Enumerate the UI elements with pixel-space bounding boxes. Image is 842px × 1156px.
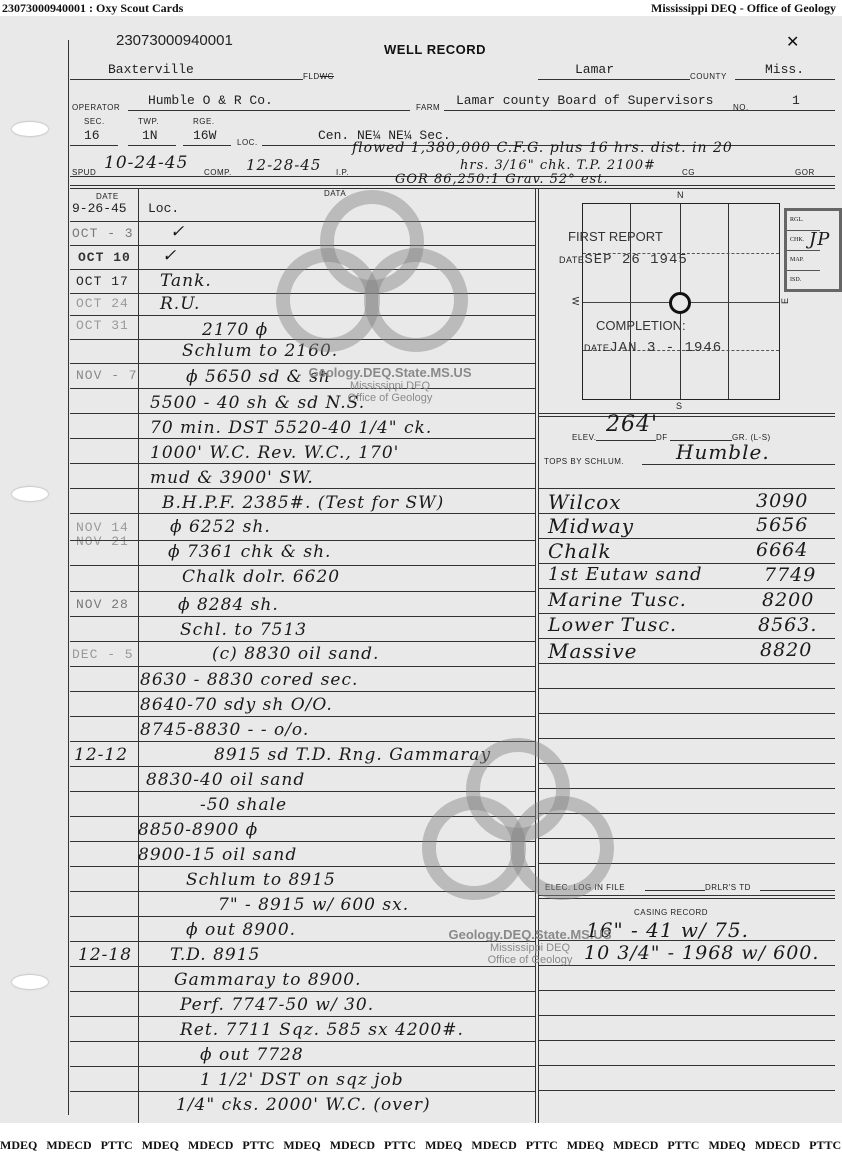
log-row: 8640-70 sdy sh O/O.	[70, 692, 535, 717]
completion-date-label: DATE	[584, 343, 609, 353]
rule	[538, 416, 835, 417]
log-row: 1/4" cks. 2000' W.C. (over)	[70, 1092, 535, 1117]
rule	[596, 440, 656, 441]
formation-depth: 6664	[756, 539, 808, 561]
rule	[538, 488, 835, 489]
rule	[70, 641, 535, 642]
log-entry: ϕ out 7728	[200, 1045, 304, 1065]
county-value: Lamar	[575, 62, 614, 77]
comp-date: 12-28-45	[246, 156, 321, 174]
formation-depth: 7749	[764, 564, 816, 586]
rule	[70, 766, 535, 767]
rule	[70, 666, 535, 667]
log-entry: 8745-8830 - - o/o.	[140, 720, 309, 740]
sec-value: 16	[84, 128, 100, 143]
rule	[70, 513, 535, 514]
log-entry: 1000' W.C. Rev. W.C., 170'	[150, 443, 399, 463]
log-date: 12-18	[78, 945, 132, 965]
punch-hole	[12, 122, 48, 136]
formation-name: Marine Tusc.	[548, 589, 687, 611]
log-row: 8745-8830 - - o/o.	[70, 717, 535, 742]
log-row: 1 1/2' DST on sqz job	[70, 1067, 535, 1092]
log-entry: mud & 3900' SW.	[150, 468, 314, 488]
punch-hole	[12, 487, 48, 501]
log-date: OCT - 3	[72, 226, 134, 241]
rule	[538, 588, 835, 589]
field-label: FLDWC	[303, 72, 334, 81]
formation-top-row: Wilcox 3090	[548, 490, 833, 514]
farm-value: Lamar county Board of Supervisors	[456, 93, 713, 108]
margin-rule	[68, 40, 69, 1115]
rule	[183, 145, 231, 146]
form-title: WELL RECORD	[384, 42, 486, 57]
log-entry: 1/4" cks. 2000' W.C. (over)	[176, 1095, 431, 1115]
log-date: OCT 31	[76, 318, 129, 333]
rule	[70, 245, 535, 246]
first-report-date: SEP 26 1945	[584, 252, 687, 268]
first-report-date-label: DATE	[559, 255, 584, 265]
log-date: NOV 28	[76, 597, 129, 612]
right-panel-divider	[538, 188, 539, 1123]
df-label: DF	[656, 433, 668, 442]
rule	[538, 538, 835, 539]
log-entry: T.D. 8915	[170, 945, 260, 965]
formation-depth: 8563.	[758, 614, 817, 636]
rule	[70, 185, 835, 186]
log-date: NOV 14	[76, 520, 129, 535]
rule	[538, 738, 835, 739]
log-row: 12-12 8915 sd T.D. Rng. Gammaray	[70, 742, 535, 767]
punch-hole	[12, 975, 48, 989]
log-entry: R.U.	[160, 294, 200, 314]
log-row: 8630 - 8830 cored sec.	[70, 667, 535, 692]
completion-date-row: DATEJAN 3 - 1946	[584, 338, 722, 356]
log-row: Perf. 7747-50 w/ 30.	[70, 992, 535, 1017]
formation-depth: 8200	[762, 589, 814, 611]
operator-label: OPERATOR	[72, 103, 120, 112]
review-map: MAP.	[787, 251, 820, 271]
log-entry: Tank.	[160, 271, 212, 291]
log-row: B.H.P.F. 2385#. (Test for SW)	[70, 489, 535, 514]
api-number: 23073000940001	[116, 32, 233, 49]
formation-name: Chalk	[548, 539, 612, 563]
rule	[70, 565, 535, 566]
twp-value: 1N	[142, 128, 158, 143]
rule	[70, 413, 535, 414]
log-row: Schl. to 7513	[70, 617, 535, 642]
log-row: Ret. 7711 Sqz. 585 sx 4200#.	[70, 1017, 535, 1042]
formation-depth: 5656	[756, 514, 808, 536]
compass-east: E	[780, 298, 790, 304]
rule	[70, 716, 535, 717]
rule	[70, 488, 535, 489]
rule	[538, 413, 835, 414]
formation-top-row: Chalk 6664	[548, 539, 833, 563]
rule	[538, 990, 835, 991]
log-entry: Ret. 7711 Sqz. 585 sx 4200#.	[180, 1020, 464, 1040]
log-entry: 8900-15 oil sand	[138, 845, 297, 865]
log-row: mud & 3900' SW.	[70, 464, 535, 489]
twp-label: TWP.	[138, 117, 159, 126]
rule	[70, 916, 535, 917]
well-number: 1	[792, 93, 800, 108]
rule	[70, 188, 835, 189]
log-date: OCT 24	[76, 296, 129, 311]
rule	[538, 1090, 835, 1091]
rule	[70, 540, 535, 541]
ip-line-1: flowed 1,380,000 C.F.G. plus 16 hrs. dis…	[352, 140, 733, 156]
log-row: Chalk dolr. 6620	[70, 562, 535, 590]
casing-record-label: CASING RECORD	[634, 908, 708, 917]
formation-top-row: Midway 5656	[548, 514, 833, 538]
watermark-text: Geology.DEQ.State.MS.US Mississippi DEQ …	[280, 365, 500, 404]
rule	[70, 221, 535, 222]
formation-name: Wilcox	[548, 490, 622, 514]
rule	[538, 688, 835, 689]
rule	[538, 1065, 835, 1066]
elevation-value: 264'	[606, 412, 658, 437]
rule	[70, 591, 535, 592]
rule	[538, 79, 690, 80]
rule	[128, 110, 410, 111]
elev-label: ELEV.	[572, 433, 596, 442]
rule	[70, 363, 535, 364]
formation-top-row: 1st Eutaw sand 7749	[548, 564, 833, 588]
rule	[538, 1015, 835, 1016]
rule	[538, 788, 835, 789]
agency-title: Mississippi DEQ - Office of Geology	[651, 1, 836, 16]
rule	[70, 616, 535, 617]
right-panel-divider	[535, 188, 536, 1123]
log-entry: 8850-8900 ϕ	[138, 820, 258, 840]
first-report-label: FIRST REPORT	[568, 229, 663, 244]
review-isd: ISD.	[787, 271, 820, 290]
log-entry: 1 1/2' DST on sqz job	[200, 1070, 404, 1090]
rule	[538, 663, 835, 664]
formation-name: Midway	[548, 514, 634, 538]
rule	[538, 563, 835, 564]
log-entry: B.H.P.F. 2385#. (Test for SW)	[162, 493, 444, 513]
operator-value: Humble O & R Co.	[148, 93, 273, 108]
rule	[645, 890, 705, 891]
compass-west: W	[570, 297, 580, 306]
log-entry: 8630 - 8830 cored sec.	[140, 670, 358, 690]
formation-top-row: Lower Tusc. 8563.	[548, 614, 833, 638]
rule	[70, 1016, 535, 1017]
log-entry: Loc.	[148, 201, 179, 216]
log-entry: ✓	[170, 222, 185, 242]
log-entry: Gammaray to 8900.	[174, 970, 362, 990]
rule	[538, 763, 835, 764]
county-label: COUNTY	[690, 72, 727, 81]
formation-name: Lower Tusc.	[548, 614, 677, 636]
log-entry: Perf. 7747-50 w/ 30.	[180, 995, 374, 1015]
log-entry: ϕ 7361 chk & sh.	[168, 542, 331, 562]
log-row: OCT - 3 ✓	[70, 222, 535, 246]
rule	[70, 991, 535, 992]
rule	[70, 741, 535, 742]
rule	[642, 464, 835, 465]
completion-date: JAN 3 - 1946	[609, 340, 722, 356]
reviewer-initials: JP	[809, 229, 830, 250]
log-date: NOV - 7	[76, 368, 138, 383]
log-row: NOV 28 ϕ 8284 sh.	[70, 592, 535, 617]
field-value: Baxterville	[108, 62, 194, 77]
rule	[538, 613, 835, 614]
first-report-date-row: DATESEP 26 1945	[559, 250, 688, 268]
rge-value: 16W	[193, 128, 216, 143]
viewer-header: 23073000940001 : Oxy Scout Cards Mississ…	[0, 0, 842, 16]
rule	[70, 691, 535, 692]
completion-label: COMPLETION:	[596, 318, 686, 333]
rule	[70, 966, 535, 967]
log-row: Gammaray to 8900.	[70, 967, 535, 992]
log-entry: 2170 ϕ	[202, 320, 268, 340]
log-entry: 7" - 8915 w/ 600 sx.	[218, 895, 409, 915]
rule	[70, 463, 535, 464]
formation-top-row: Massive 8820	[548, 639, 833, 663]
sec-label: SEC.	[84, 117, 105, 126]
log-date: 9-26-45	[72, 201, 127, 216]
log-row: ϕ out 7728	[70, 1042, 535, 1067]
rule	[760, 890, 835, 891]
tops-by-value: Humble.	[676, 440, 770, 464]
log-row: 9-26-45 Loc.	[70, 199, 535, 221]
compass-south: S	[676, 401, 682, 411]
log-row: 70 min. DST 5520-40 1/4" ck.	[70, 414, 535, 439]
well-location-marker	[669, 292, 691, 314]
rule	[70, 1041, 535, 1042]
ip-line-2: hrs. 3/16" chk. T.P. 2100#	[460, 158, 656, 173]
loc-label: LOC.	[237, 138, 258, 147]
rule	[538, 898, 835, 899]
footer-agency-strip: MDEQMDECDPTTCMDEQMDECDPTTCMDEQMDECDPTTCM…	[0, 1138, 842, 1156]
rule	[70, 1066, 535, 1067]
log-entry: ϕ out 8900.	[186, 920, 296, 940]
log-date: OCT 10	[78, 250, 131, 265]
formation-depth: 8820	[760, 639, 812, 661]
spud-date: 10-24-45	[104, 153, 188, 173]
log-row: 1000' W.C. Rev. W.C., 170'	[70, 439, 535, 464]
rule	[70, 1091, 535, 1092]
watermark-text: Geology.DEQ.State.MS.US Mississippi DEQ …	[420, 927, 640, 966]
rule	[70, 79, 303, 80]
log-row: DEC - 5 (c) 8830 oil sand.	[70, 642, 535, 667]
formation-depth: 3090	[756, 490, 808, 512]
log-entry: 70 min. DST 5520-40 1/4" ck.	[150, 418, 432, 438]
formation-top-row: Marine Tusc. 8200	[548, 589, 833, 613]
log-date: NOV 21	[76, 534, 129, 549]
log-entry: -50 shale	[200, 795, 287, 815]
data-column-header: DATA	[324, 189, 346, 198]
review-stamp: RGL. CHK. MAP. ISD. JP	[784, 208, 842, 292]
formation-name: Massive	[548, 639, 637, 663]
rule	[444, 110, 750, 111]
log-entry: Schlum to 8915	[186, 870, 336, 890]
no-label: NO.	[733, 103, 749, 112]
farm-label: FARM	[416, 103, 440, 112]
rule	[70, 145, 118, 146]
compass-north: N	[677, 190, 684, 200]
log-entry: ϕ 8284 sh.	[178, 595, 279, 615]
log-entry: Schl. to 7513	[180, 620, 307, 640]
log-row: NOV 14 ϕ 6252 sh.	[70, 514, 535, 536]
state-value: Miss.	[765, 62, 804, 77]
rule	[70, 438, 535, 439]
x-mark: ✕	[786, 32, 799, 52]
log-date: DEC - 5	[72, 647, 134, 662]
log-entry: 8915 sd T.D. Rng. Gammaray	[214, 745, 491, 765]
rge-label: RGE.	[193, 117, 215, 126]
rule	[538, 638, 835, 639]
log-entry: ϕ 6252 sh.	[170, 517, 271, 537]
log-entry: Chalk dolr. 6620	[182, 567, 340, 587]
rule	[538, 713, 835, 714]
log-entry: (c) 8830 oil sand.	[212, 644, 379, 664]
rule	[538, 1040, 835, 1041]
log-date: OCT 17	[76, 274, 129, 289]
tops-by-label: TOPS BY SCHLUM.	[544, 457, 624, 466]
rule	[128, 145, 176, 146]
rule	[735, 79, 835, 80]
drlr-td-label: DRLR'S TD	[705, 883, 751, 892]
formation-name: 1st Eutaw sand	[548, 564, 703, 585]
log-date: 12-12	[74, 745, 128, 765]
log-entry: 8830-40 oil sand	[146, 770, 305, 790]
log-entry: 8640-70 sdy sh O/O.	[140, 695, 333, 715]
document-id-title: 23073000940001 : Oxy Scout Cards	[2, 1, 183, 16]
log-entry: ✓	[162, 246, 177, 266]
review-rgl: RGL.	[787, 211, 820, 231]
rule	[750, 110, 835, 111]
rule	[538, 513, 835, 514]
